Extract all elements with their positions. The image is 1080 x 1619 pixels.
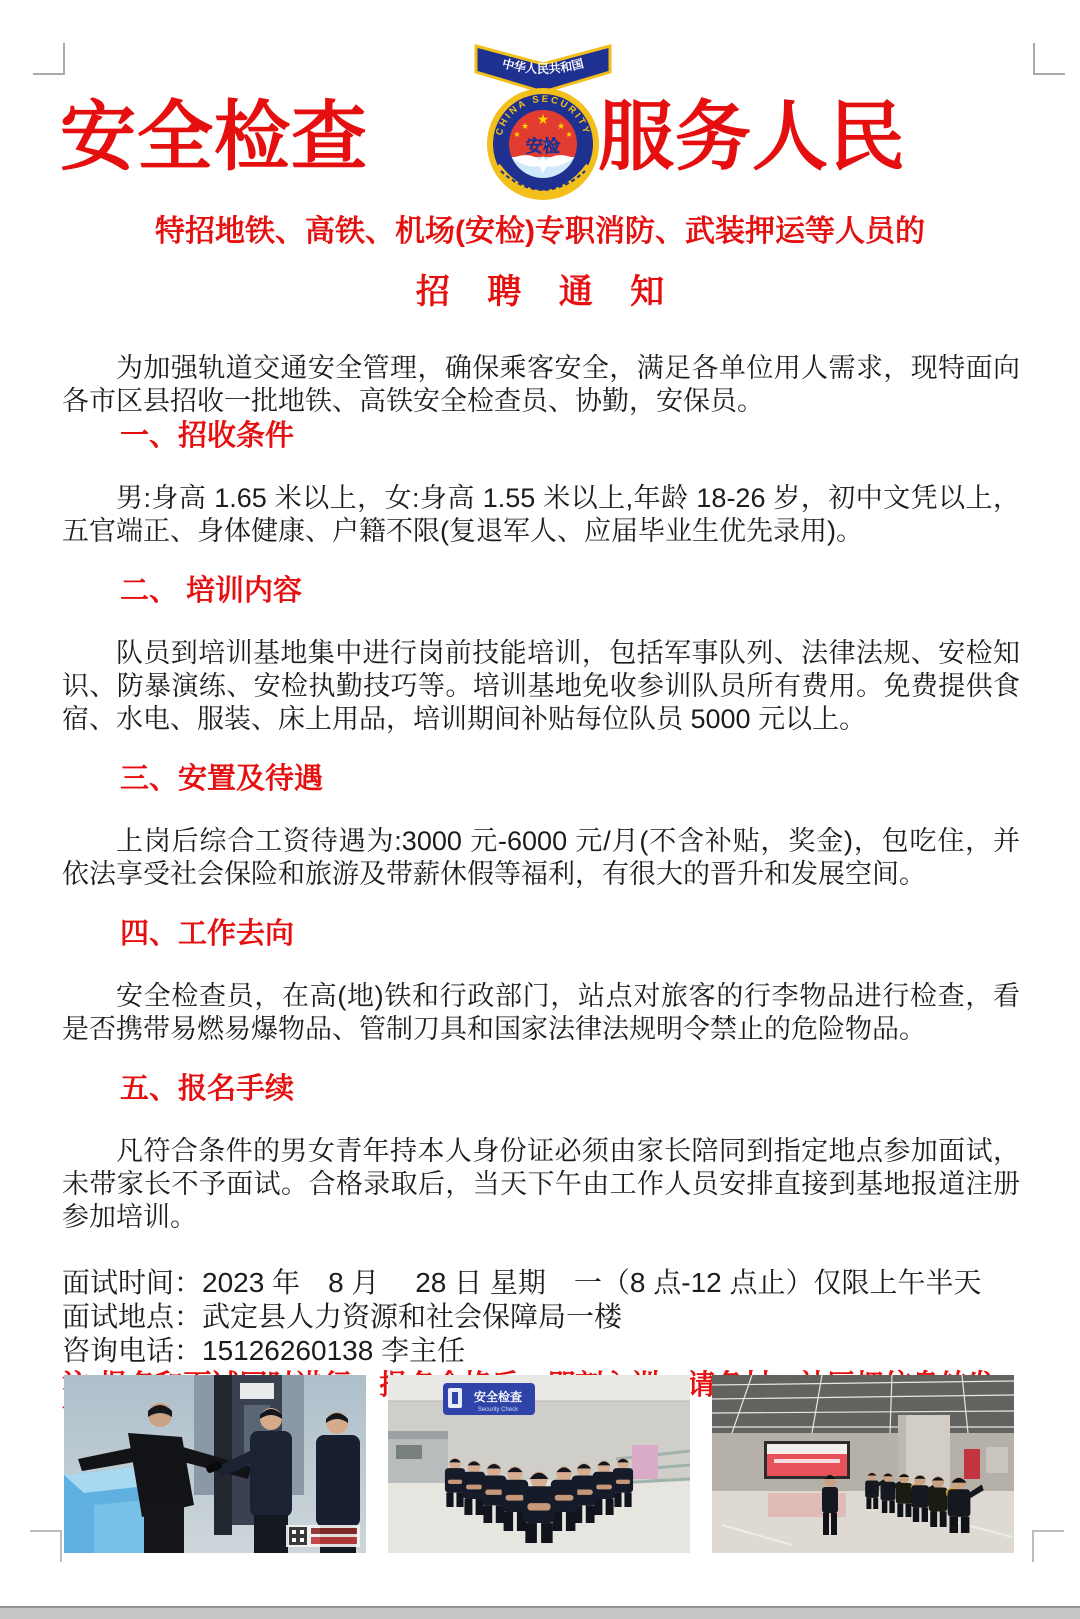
interview-time: 面试时间：2023 年 8 月 28 日 星期 一（8 点-12 点止）仅限上午…: [62, 1266, 1020, 1300]
security-check-sign: 安全检查 Security Check: [443, 1383, 535, 1415]
page-title-right: 服务人民: [598, 96, 906, 180]
crop-mark-top-left: [33, 43, 65, 75]
section-1-heading: 一、招收条件: [62, 420, 1020, 453]
document-body: 为加强轨道交通安全管理，确保乘客安全，满足各单位用人需求，现特面向各市区县招收一…: [62, 352, 1020, 1436]
sign-text-cn: 安全检查: [474, 1389, 522, 1404]
red-display-screen: [764, 1441, 850, 1479]
section-1-body: 男:身高 1.65 米以上，女:身高 1.55 米以上,年龄 18-26 岁，初…: [62, 482, 1020, 548]
contact-phone: 咨询电话：15126260138 李主任: [62, 1334, 1020, 1368]
section-5-body: 凡符合条件的男女青年持本人身份证必须由家长陪同到指定地点参加面试，未带家长不予面…: [62, 1135, 1020, 1234]
photo-security-wand-check: [64, 1375, 366, 1553]
sign-text-en: Security Check: [478, 1407, 519, 1413]
service-window: [986, 1447, 1008, 1473]
china-security-badge-icon: 中华人民共和国 CHINA SECURITY ★ ★ ★ ★ ★ 安检: [468, 40, 618, 210]
section-2-body: 队员到培训基地集中进行岗前技能培训，包括军事队列、法律法规、安检知识、防暴演练、…: [62, 637, 1020, 736]
poster: [632, 1445, 658, 1479]
section-3-heading: 三、安置及待遇: [62, 763, 1020, 796]
badge-star: ★: [565, 130, 572, 139]
badge-star: ★: [521, 121, 529, 131]
red-poster: [964, 1449, 980, 1479]
badge-star: ★: [557, 121, 565, 131]
qr-watermark: [286, 1525, 360, 1547]
notice-title: 招 聘 通 知: [0, 264, 1080, 313]
interview-place: 面试地点：武定县人力资源和社会保障局一楼: [62, 1300, 1020, 1334]
photo-training-lineup: [712, 1375, 1014, 1553]
section-4-heading: 四、工作去向: [62, 918, 1020, 951]
crop-mark-bottom-right: [1032, 1530, 1064, 1562]
intro-paragraph: 为加强轨道交通安全管理，确保乘客安全，满足各单位用人需求，现特面向各市区县招收一…: [62, 352, 1020, 418]
photo-strip: 安全检查 Security Check: [64, 1375, 1012, 1553]
crop-mark-top-right: [1033, 43, 1065, 75]
badge-center-text: 安检: [526, 136, 561, 156]
subtitle: 特招地铁、高铁、机场(安检)专职消防、武装押运等人员的: [0, 206, 1080, 250]
section-5-heading: 五、报名手续: [62, 1073, 1020, 1106]
section-4-body: 安全检查员，在高(地)铁和行政部门，站点对旅客的行李物品进行检查，看是否携带易燃…: [62, 980, 1020, 1046]
section-2-heading: 二、 培训内容: [62, 575, 1020, 608]
photo-security-team: 安全检查 Security Check: [388, 1375, 690, 1553]
badge-star-center: ★: [537, 111, 550, 127]
crop-mark-bottom-left: [30, 1530, 62, 1562]
section-3-body: 上岗后综合工资待遇为:3000 元-6000 元/月(不含补贴，奖金)，包吃住，…: [62, 825, 1020, 891]
recruitment-notice-page: 安全检查 服务人民 中华人民共和国 CHINA SECURITY ★ ★: [0, 0, 1080, 1619]
page-title-left: 安全检查: [60, 96, 368, 180]
badge-star: ★: [513, 130, 520, 139]
viewer-bottom-edge: [0, 1606, 1080, 1619]
